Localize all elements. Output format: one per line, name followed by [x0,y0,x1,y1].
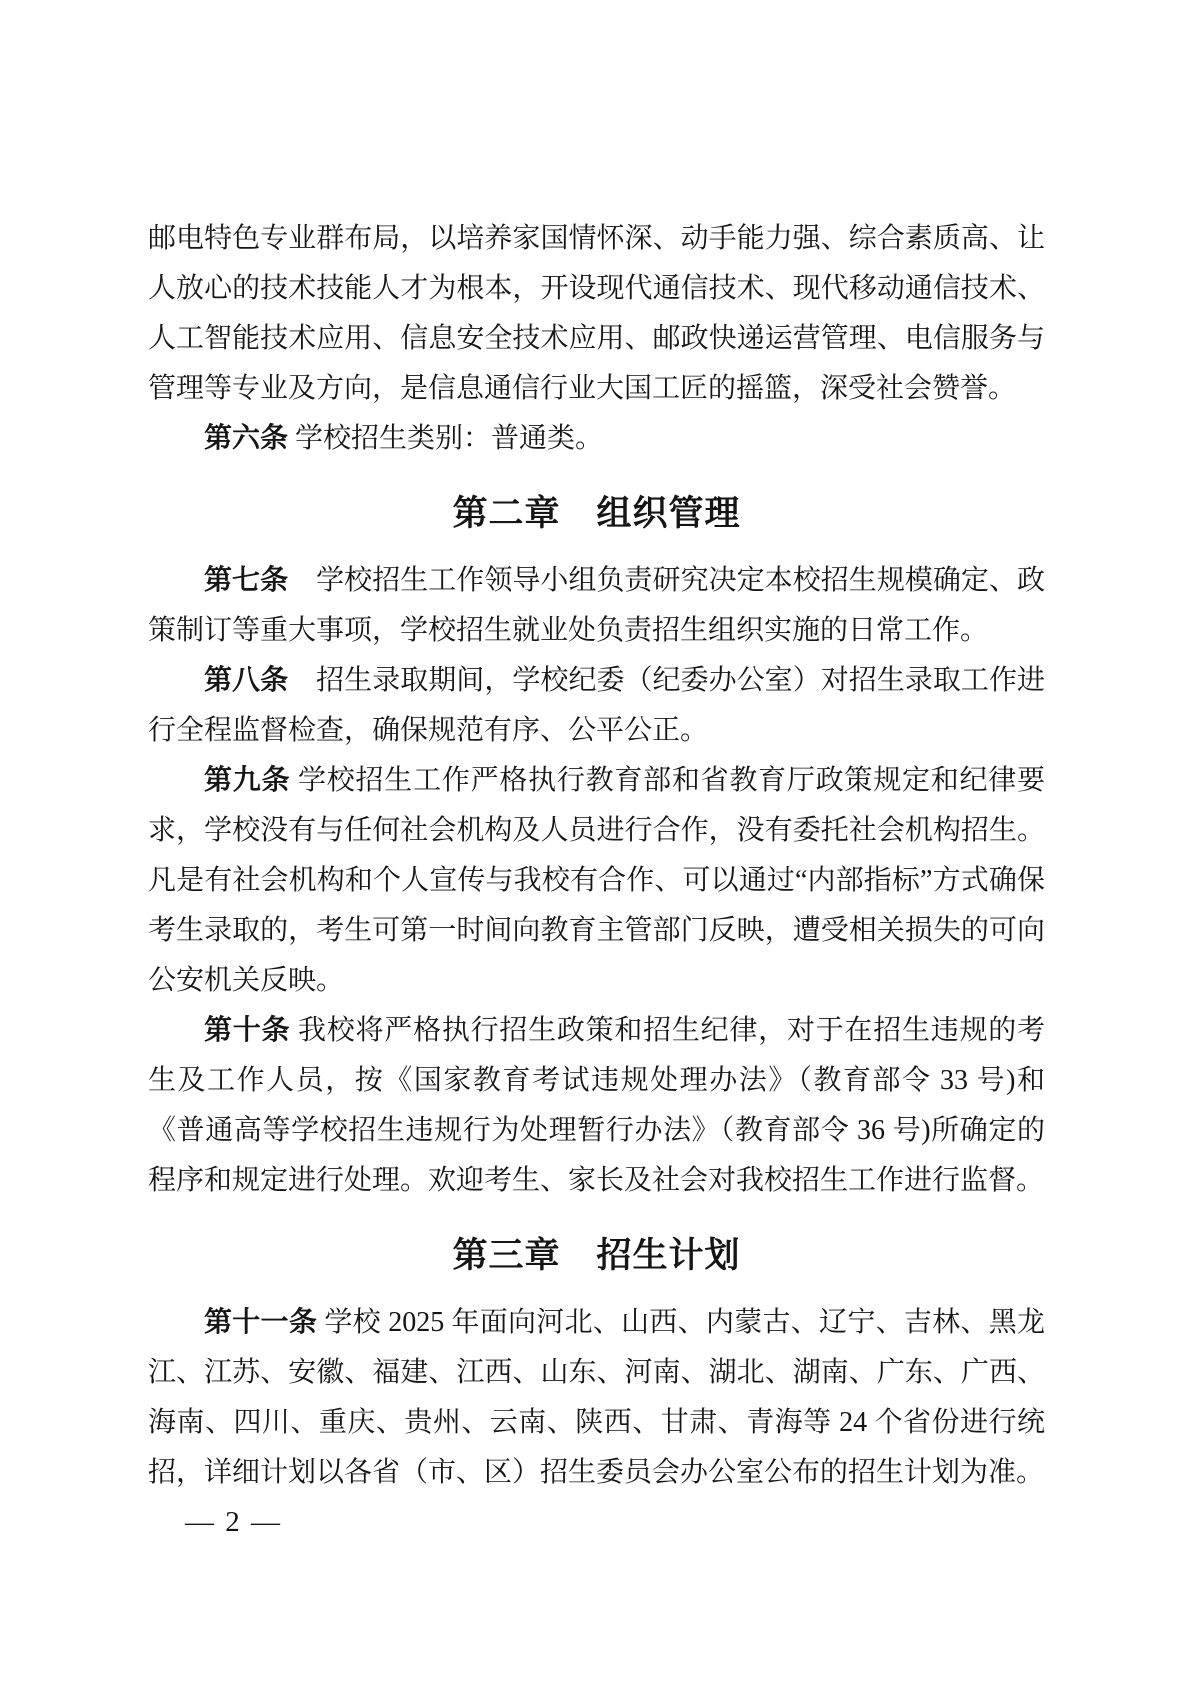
document-page: 邮电特色专业群布局，以培养家国情怀深、动手能力强、综合素质高、让人放心的技术技能… [0,0,1191,1684]
article-10-label: 第十条 [204,1015,290,1046]
article-8-label: 第八条 [204,665,288,696]
article-7-paragraph: 第七条 学校招生工作领导小组负责研究决定本校招生规模确定、政策制订等重大事项，学… [148,556,1045,656]
article-9-text: 学校招生工作严格执行教育部和省教育厅政策规定和纪律要求，学校没有与任何社会机构及… [148,765,1045,996]
chapter-3-heading: 第三章 招生计划 [148,1230,1045,1282]
article-9-paragraph: 第九条 学校招生工作严格执行教育部和省教育厅政策规定和纪律要求，学校没有与任何社… [148,756,1045,1006]
article-10-paragraph: 第十条 我校将严格执行招生政策和招生纪律，对于在招生违规的考生及工作人员，按《国… [148,1006,1045,1206]
paragraph-intro-continuation: 邮电特色专业群布局，以培养家国情怀深、动手能力强、综合素质高、让人放心的技术技能… [148,214,1045,414]
article-9-label: 第九条 [204,765,290,796]
chapter-2-heading: 第二章 组织管理 [148,488,1045,540]
document-body: 邮电特色专业群布局，以培养家国情怀深、动手能力强、综合素质高、让人放心的技术技能… [148,214,1045,1498]
article-6-text: 学校招生类别：普通类。 [288,423,603,454]
page-number: — 2 — [185,1502,282,1542]
article-8-paragraph: 第八条 招生录取期间，学校纪委（纪委办公室）对招生录取工作进行全程监督检查，确保… [148,656,1045,756]
article-6-label: 第六条 [204,423,288,454]
article-6-paragraph: 第六条 学校招生类别：普通类。 [148,414,1045,464]
article-11-label: 第十一条 [204,1307,317,1338]
article-7-label: 第七条 [204,565,288,596]
article-11-paragraph: 第十一条 学校 2025 年面向河北、山西、内蒙古、辽宁、吉林、黑龙江、江苏、安… [148,1298,1045,1498]
